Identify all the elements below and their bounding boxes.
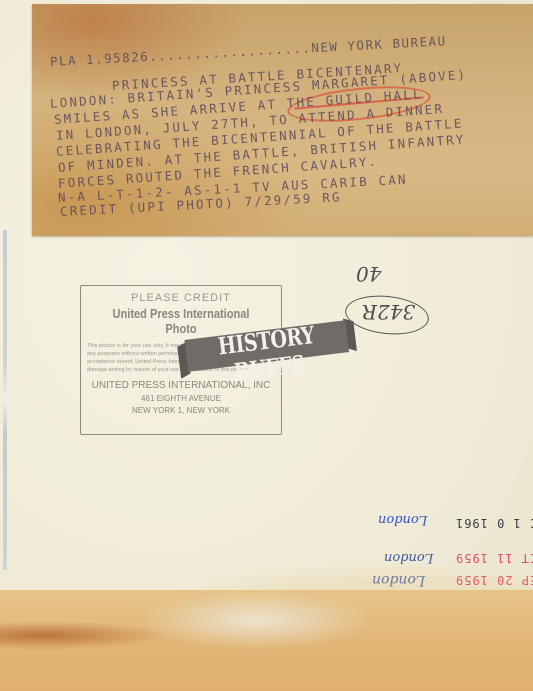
signature: London — [384, 550, 433, 565]
date-stamp: DEC 1 0 1961 — [455, 516, 533, 530]
caption-paper: PLA 1.95826..................NEW YORK BU… — [32, 4, 533, 236]
signature: London — [372, 572, 425, 588]
stamp-title: PLEASE CREDIT — [81, 292, 281, 304]
signature: London — [378, 512, 427, 527]
date-stamp: SEP 20 1959 — [455, 573, 533, 587]
stamp-address-city: NEW YORK 1, NEW YORK — [81, 406, 281, 415]
stamp-address-street: 461 EIGHTH AVENUE — [81, 394, 281, 403]
pencil-number-note: 40 — [356, 262, 381, 286]
date-stamp: OCT 11 1959 — [455, 551, 533, 565]
photo-edge — [3, 230, 7, 570]
water-stain — [0, 590, 533, 691]
pencil-circled-note: 342R — [362, 300, 415, 324]
